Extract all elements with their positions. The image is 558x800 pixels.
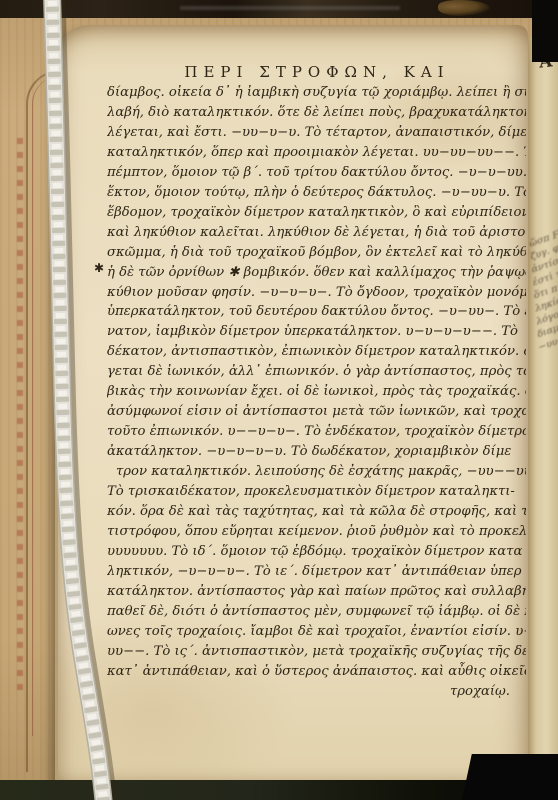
bookmark-cord: [0, 0, 558, 800]
book-photo: Α ὥσπ Ϝζυγ. φαλἀντίσπασἐστὶ τῷ τέὅτι πλη…: [0, 0, 558, 800]
